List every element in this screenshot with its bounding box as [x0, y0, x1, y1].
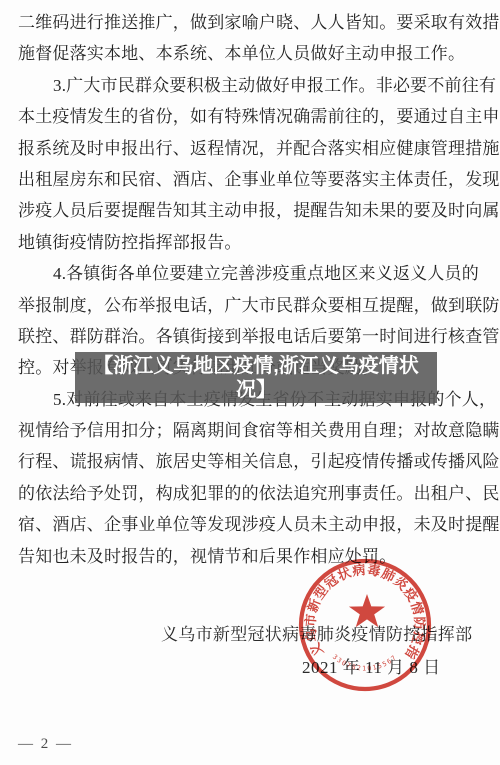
- document-line: 报系统及时申报出行、返程情况，并配合落实相应健康管理措施。: [18, 133, 484, 164]
- caption-overlay: 【浙江义乌地区疫情,浙江义乌疫情状况】: [75, 352, 437, 403]
- document-line: 4.各镇街各单位要建立完善涉疫重点地区来义返义人员的: [18, 258, 484, 289]
- document-line: 施督促落实本地、本系统、本单位人员做好主动申报工作。: [18, 38, 484, 69]
- document-line: 联控、群防群治。各镇街接到举报电话后要第一时间进行核查管: [18, 321, 484, 352]
- caption-overlay-title: 【浙江义乌地区疫情,浙江义乌疫情状况】: [81, 354, 431, 402]
- document-line: 的依法给予处罚，构成犯罪的的依法追究刑事责任。出租户、民: [18, 478, 484, 509]
- document-line: 3.广大市民群众要积极主动做好申报工作。非必要不前往有: [18, 70, 484, 101]
- document-line: 本土疫情发生的省份，如有特殊情况确需前往的，要通过自主申: [18, 101, 484, 132]
- document-body: 二维码进行推送推广，做到家喻户晓、人人皆知。要采取有效措施督促落实本地、本系统、…: [18, 7, 484, 572]
- page-number: — 2 —: [18, 736, 73, 753]
- official-seal-stamp: 义乌市新型冠状病毒肺炎疫情防控指挥部 330782101556798: [296, 554, 434, 698]
- document-line: 涉疫人员后要提醒告知其主动申报，提醒告知未果的要及时向属: [18, 195, 484, 226]
- document-line: 宿、酒店、企事业单位等发现涉疫人员未主动申报，未及时提醒: [18, 509, 484, 540]
- document-line: 地镇街疫情防控指挥部报告。: [18, 227, 484, 258]
- document-line: 行程、谎报病情、旅居史等相关信息，引起疫情传播或传播风险: [18, 446, 484, 477]
- seal-star-icon: [349, 594, 385, 627]
- document-line: 举报制度，公布举报电话，广大市民群众要相互提醒，做到联防: [18, 290, 484, 321]
- document-line: 二维码进行推送推广，做到家喻户晓、人人皆知。要采取有效措: [18, 7, 484, 38]
- document-line: 视情给予信用扣分；隔离期间食宿等相关费用自理；对故意隐瞒: [18, 415, 484, 446]
- document-line: 出租屋房东和民宿、酒店、企事业单位等要落实主体责任，发现: [18, 164, 484, 195]
- document-page: 二维码进行推送推广，做到家喻户晓、人人皆知。要采取有效措施督促落实本地、本系统、…: [0, 0, 500, 765]
